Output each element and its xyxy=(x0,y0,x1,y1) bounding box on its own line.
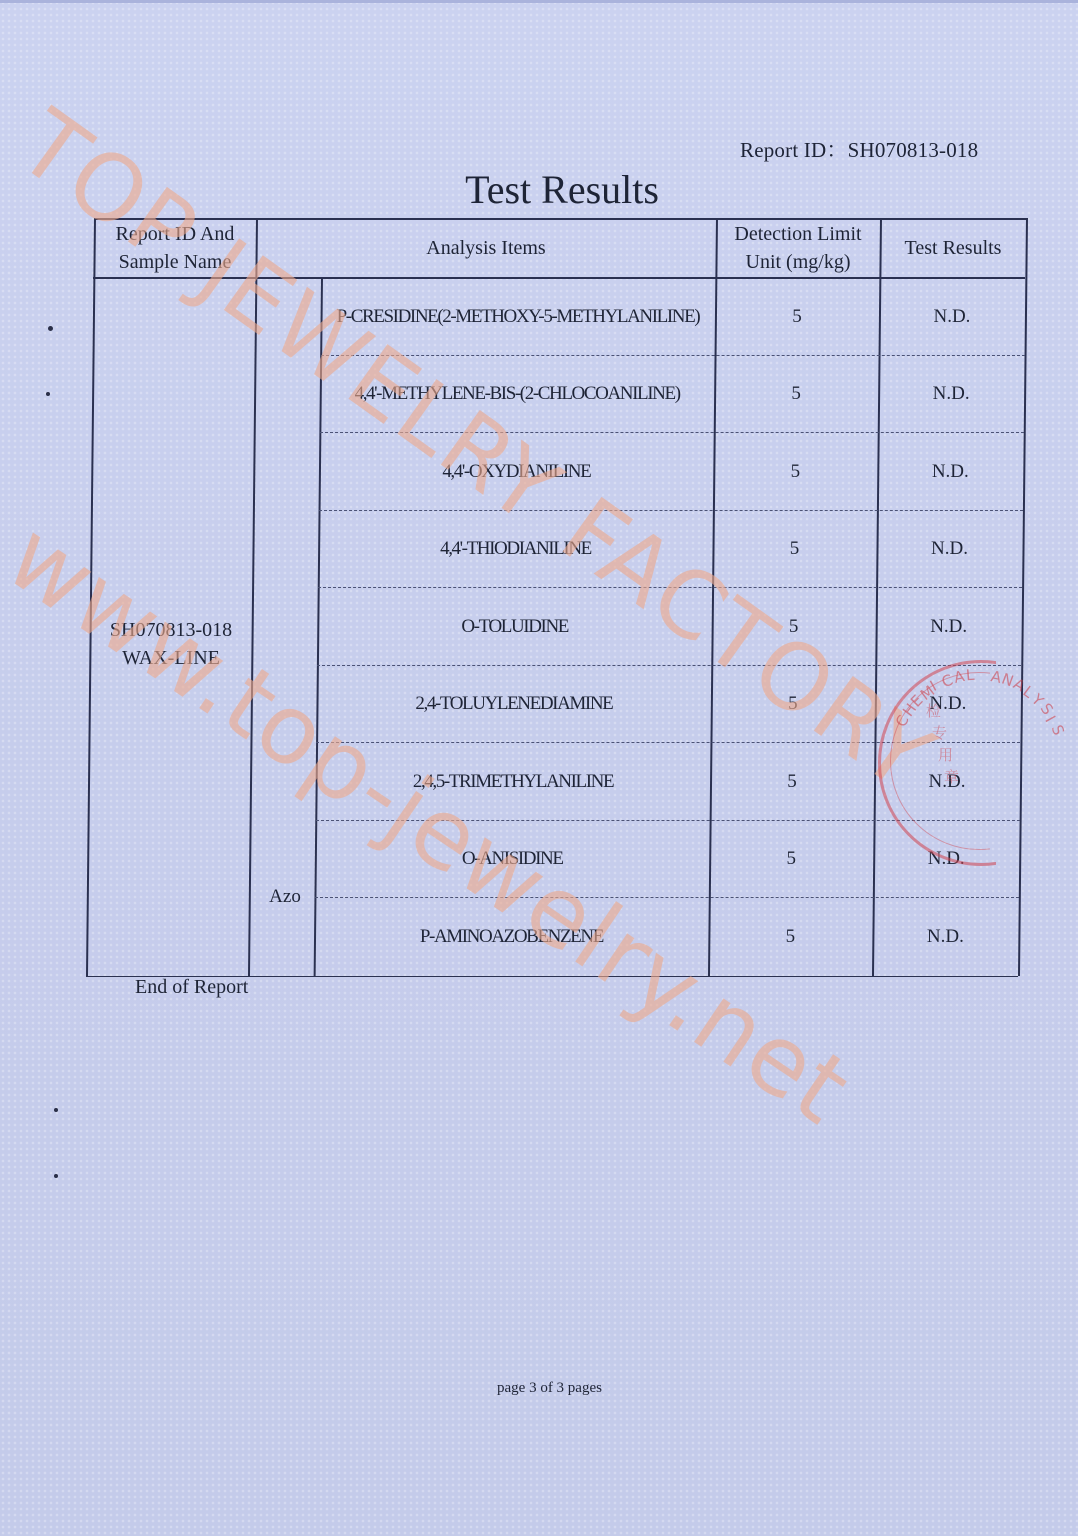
detection-limit: 5 xyxy=(713,433,877,511)
column-header-test-results-label: Test Results xyxy=(905,234,1002,262)
analysis-item: O-ANISIDINE xyxy=(315,821,709,899)
test-result: N.D. xyxy=(878,356,1024,434)
table-top-border xyxy=(94,218,1026,220)
analysis-item: P-AMINOAZOBENZENE xyxy=(314,898,708,976)
column-header-analysis-items: Analysis Items xyxy=(256,218,716,278)
column-header-detection-limit-line1: Detection Limit xyxy=(734,220,861,248)
sample-id: SH070813-018 xyxy=(110,616,232,644)
analysis-item: P-CRESIDINE(2-METHOXY-5-METHYLANILINE) xyxy=(321,278,715,356)
row-divider-dashed xyxy=(320,432,1024,433)
detection-limit: 5 xyxy=(710,743,874,821)
binder-hole-mark xyxy=(48,326,53,331)
page-title: Test Results xyxy=(0,166,1078,213)
test-result: N.D. xyxy=(876,588,1022,666)
row-divider-dashed xyxy=(316,820,1020,821)
binder-hole-mark xyxy=(54,1174,58,1178)
analysis-item: 2,4,5-TRIMETHYLANILINE xyxy=(316,743,710,821)
test-result: N.D. xyxy=(876,511,1022,589)
detection-limit: 5 xyxy=(712,511,876,589)
category-cell: Azo xyxy=(252,278,318,972)
test-result: N.D. xyxy=(877,433,1023,511)
table-header-divider xyxy=(93,277,1025,279)
page-edge xyxy=(0,0,1078,3)
detection-limit: 5 xyxy=(709,821,873,899)
row-divider-dashed xyxy=(321,355,1025,356)
column-header-detection-limit: Detection Limit Unit (mg/kg) xyxy=(716,218,880,278)
analysis-item: O-TOLUIDINE xyxy=(318,588,712,666)
analysis-item: 4,4'-OXYDIANILINE xyxy=(319,433,713,511)
page-indicator: page 3 of 3 pages xyxy=(497,1380,602,1397)
analysis-item: 4,4'-THIODIANILINE xyxy=(318,511,712,589)
test-result: N.D. xyxy=(873,821,1019,899)
column-header-sample: Report ID And Sample Name xyxy=(94,218,256,278)
row-divider-dashed xyxy=(316,742,1020,743)
analysis-item: 4,4'-METHYLENE-BIS-(2-CHLOCOANILINE) xyxy=(320,356,714,434)
detection-limit: 5 xyxy=(714,356,878,434)
binder-hole-mark xyxy=(54,1108,58,1112)
test-result: N.D. xyxy=(879,278,1025,356)
column-header-sample-line1: Report ID And xyxy=(116,220,235,248)
detection-limit: 5 xyxy=(712,588,876,666)
detection-limit: 5 xyxy=(711,666,875,744)
row-divider-dashed xyxy=(318,587,1022,588)
report-id-label: Report ID： xyxy=(740,138,848,162)
row-divider-dashed xyxy=(315,897,1019,898)
column-header-sample-line2: Sample Name xyxy=(119,248,232,276)
test-result: N.D. xyxy=(872,898,1018,976)
column-header-analysis-items-label: Analysis Items xyxy=(426,234,545,262)
detection-limit: 5 xyxy=(708,898,872,976)
sample-cell: SH070813-018 WAX-LINE xyxy=(88,278,254,972)
analysis-item: 2,4-TOLUYLENEDIAMINE xyxy=(317,666,711,744)
end-of-report: End of Report xyxy=(135,976,248,999)
test-result: N.D. xyxy=(875,666,1021,744)
sample-name: WAX-LINE xyxy=(122,644,220,672)
column-header-test-results: Test Results xyxy=(880,218,1026,278)
row-divider-dashed xyxy=(317,665,1021,666)
test-result: N.D. xyxy=(874,743,1020,821)
detection-limit: 5 xyxy=(715,278,879,356)
column-header-detection-limit-line2: Unit (mg/kg) xyxy=(746,248,851,276)
report-id: Report ID：SH070813-018 xyxy=(740,134,978,164)
binder-hole-mark xyxy=(46,392,50,396)
row-divider-dashed xyxy=(319,510,1023,511)
report-id-value: SH070813-018 xyxy=(848,138,979,162)
